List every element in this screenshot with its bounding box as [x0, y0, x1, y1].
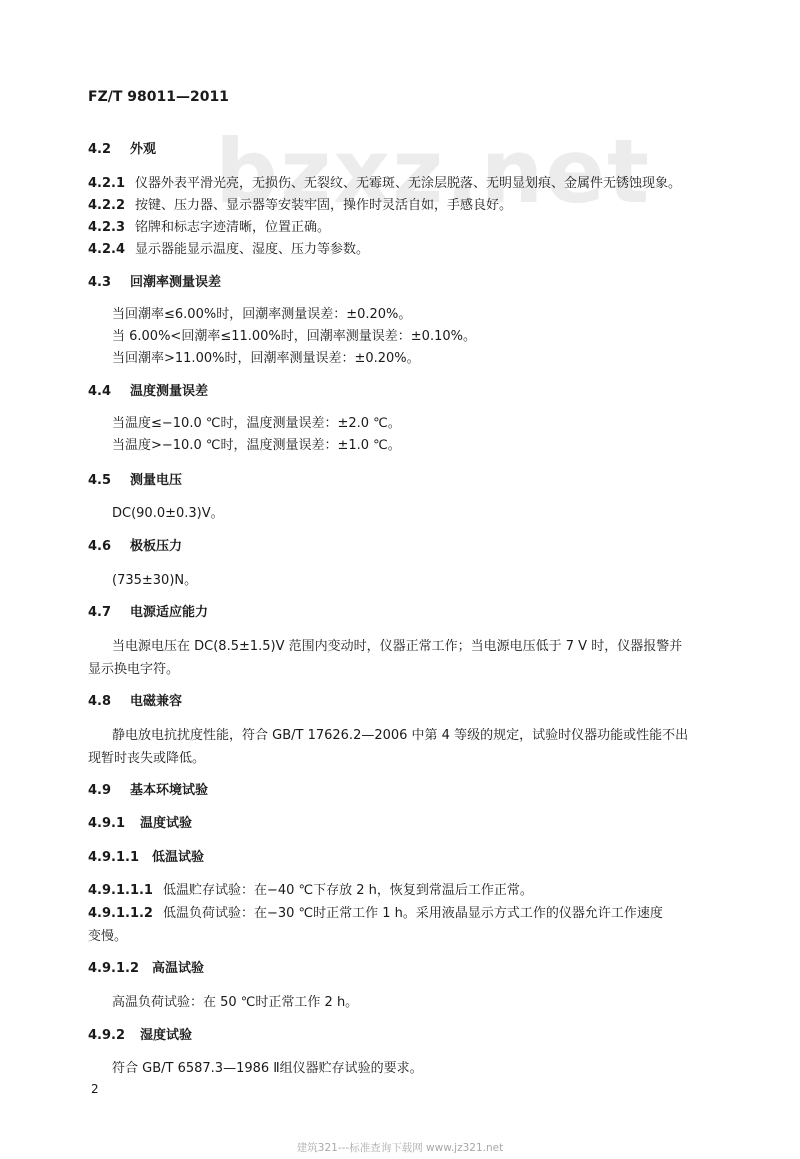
clause-4-9-1-1-1: 4.9.1.1.1低温贮存试验：在−40 ℃下存放 2 h，恢复到常温后工作正常…	[88, 882, 533, 900]
section-number: 4.9.1	[88, 815, 134, 833]
section-heading-4-9-1-1: 4.9.1.1低温试验	[88, 849, 204, 867]
section-heading-4-2: 4.2外观	[88, 141, 156, 159]
section-title: 低温试验	[152, 850, 204, 865]
paragraph: 高温负荷试验：在 50 ℃时正常工作 2 h。	[112, 994, 358, 1012]
section-title: 外观	[130, 142, 156, 157]
clause-number: 4.9.1.1.1	[88, 882, 153, 900]
section-title: 电源适应能力	[130, 605, 208, 620]
paragraph: 当 6.00%<回潮率≤11.00%时，回潮率测量误差：±0.10%。	[112, 328, 476, 346]
paragraph: 符合 GB/T 6587.3—1986 Ⅱ组仪器贮存试验的要求。	[112, 1060, 423, 1078]
paragraph: 当温度≤−10.0 ℃时，温度测量误差：±2.0 ℃。	[112, 415, 401, 433]
clause-number: 4.9.1.1.2	[88, 905, 153, 923]
paragraph: 静电放电抗扰度性能，符合 GB/T 17626.2—2006 中第 4 等级的规…	[112, 727, 688, 745]
section-number: 4.6	[88, 538, 124, 556]
paragraph-continuation: 现暂时丧失或降低。	[88, 750, 205, 768]
page-number: 2	[91, 1080, 99, 1098]
section-title: 温度试验	[140, 816, 192, 831]
section-title: 温度测量误差	[130, 384, 208, 399]
clause-text: 按键、压力器、显示器等安装牢固，操作时灵活自如，手感良好。	[135, 198, 512, 213]
section-title: 基本环境试验	[130, 783, 208, 798]
paragraph: (735±30)N。	[112, 572, 197, 590]
section-title: 高温试验	[152, 961, 204, 976]
section-number: 4.3	[88, 274, 124, 292]
section-number: 4.9.1.2	[88, 960, 146, 978]
clause-text: 铭牌和标志字迹清晰，位置正确。	[135, 220, 330, 235]
clause-text: 低温负荷试验：在−30 ℃时正常工作 1 h。采用液晶显示方式工作的仪器允许工作…	[163, 906, 663, 921]
clause-number: 4.2.2	[88, 197, 125, 215]
section-number: 4.9.1.1	[88, 849, 146, 867]
paragraph: 当回潮率≤6.00%时，回潮率测量误差：±0.20%。	[112, 306, 411, 324]
clause-4-2-2: 4.2.2按键、压力器、显示器等安装牢固，操作时灵活自如，手感良好。	[88, 197, 512, 215]
clause-number: 4.2.1	[88, 175, 125, 193]
paragraph-continuation: 变慢。	[88, 928, 127, 946]
clause-4-2-1: 4.2.1仪器外表平滑光亮，无损伤、无裂纹、无霉斑、无涂层脱落、无明显划痕、金属…	[88, 175, 681, 193]
footer-source: 建筑321---标准查询下载网 www.jz321.net	[0, 1140, 800, 1155]
clause-4-2-3: 4.2.3铭牌和标志字迹清晰，位置正确。	[88, 219, 330, 237]
section-number: 4.7	[88, 604, 124, 622]
section-heading-4-9-1: 4.9.1温度试验	[88, 815, 192, 833]
paragraph: 当温度>−10.0 ℃时，温度测量误差：±1.0 ℃。	[112, 437, 401, 455]
section-heading-4-7: 4.7电源适应能力	[88, 604, 208, 622]
section-heading-4-9: 4.9基本环境试验	[88, 782, 208, 800]
clause-text: 仪器外表平滑光亮，无损伤、无裂纹、无霉斑、无涂层脱落、无明显划痕、金属件无锈蚀现…	[135, 176, 681, 191]
section-title: 湿度试验	[140, 1028, 192, 1043]
section-heading-4-6: 4.6极板压力	[88, 538, 182, 556]
section-heading-4-8: 4.8电磁兼容	[88, 693, 182, 711]
section-title: 极板压力	[130, 539, 182, 554]
section-heading-4-5: 4.5测量电压	[88, 472, 182, 490]
clause-text: 低温贮存试验：在−40 ℃下存放 2 h，恢复到常温后工作正常。	[163, 883, 533, 898]
section-number: 4.9.2	[88, 1027, 134, 1045]
paragraph: DC(90.0±0.3)V。	[112, 505, 224, 523]
paragraph-continuation: 显示换电字符。	[88, 661, 179, 679]
section-title: 电磁兼容	[130, 694, 182, 709]
section-number: 4.4	[88, 383, 124, 401]
clause-4-9-1-1-2: 4.9.1.1.2低温负荷试验：在−30 ℃时正常工作 1 h。采用液晶显示方式…	[88, 905, 663, 923]
document-page: bzxz.net FZ/T 98011—2011 4.2外观 4.2.1仪器外表…	[0, 0, 800, 1159]
section-heading-4-4: 4.4温度测量误差	[88, 383, 208, 401]
section-heading-4-9-1-2: 4.9.1.2高温试验	[88, 960, 204, 978]
clause-4-2-4: 4.2.4显示器能显示温度、湿度、压力等参数。	[88, 241, 369, 259]
paragraph: 当回潮率>11.00%时，回潮率测量误差：±0.20%。	[112, 350, 420, 368]
section-number: 4.8	[88, 693, 124, 711]
section-title: 测量电压	[130, 473, 182, 488]
section-number: 4.2	[88, 141, 124, 159]
paragraph: 当电源电压在 DC(8.5±1.5)V 范围内变动时，仪器正常工作；当电源电压低…	[112, 638, 682, 656]
clause-number: 4.2.3	[88, 219, 125, 237]
section-heading-4-9-2: 4.9.2湿度试验	[88, 1027, 192, 1045]
clause-text: 显示器能显示温度、湿度、压力等参数。	[135, 242, 369, 257]
standard-number: FZ/T 98011—2011	[88, 88, 229, 106]
clause-number: 4.2.4	[88, 241, 125, 259]
section-number: 4.9	[88, 782, 124, 800]
section-title: 回潮率测量误差	[130, 275, 221, 290]
section-heading-4-3: 4.3回潮率测量误差	[88, 274, 221, 292]
section-number: 4.5	[88, 472, 124, 490]
